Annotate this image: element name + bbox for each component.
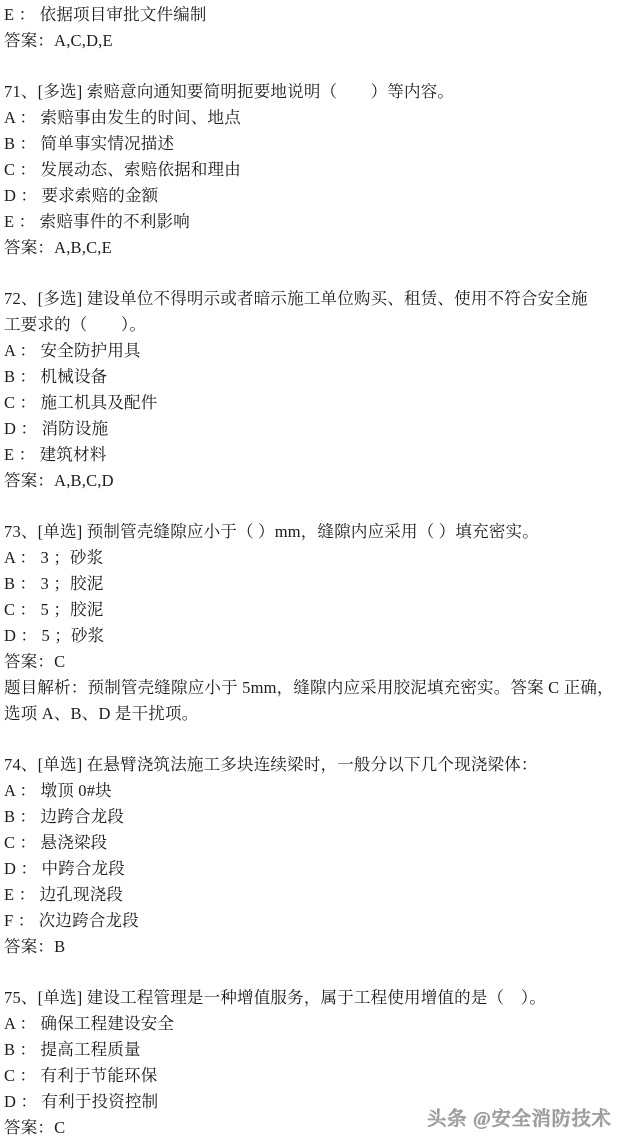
text-line: 工要求的（ ）。 <box>4 312 618 338</box>
text-line: A ： 安全防护用具 <box>4 338 618 364</box>
text-line: 答案：A,C,D,E <box>4 28 618 54</box>
text-line: 答案：A,B,C,D <box>4 468 618 494</box>
text-line: C ： 发展动态、索赔依据和理由 <box>4 157 618 183</box>
text-line: D ： 消防设施 <box>4 416 618 442</box>
toutiao-watermark: 头条 @安全消防技术 <box>428 1104 612 1131</box>
text-line: C ： 有利于节能环保 <box>4 1063 618 1089</box>
text-line: B ： 提高工程质量 <box>4 1037 618 1063</box>
text-line: A ： 3 ；砂浆 <box>4 545 618 571</box>
text-line: E ： 索赔事件的不利影响 <box>4 209 618 235</box>
text-line: 答案：B <box>4 934 618 960</box>
text-line: A ： 墩顶 0#块 <box>4 778 618 804</box>
exam-document-page: E ： 依据项目审批文件编制答案：A,C,D,E71、[多选] 索赔意向通知要简… <box>0 0 618 1136</box>
text-line: D ： 5 ；砂浆 <box>4 623 618 649</box>
text-line: D ： 要求索赔的金额 <box>4 183 618 209</box>
text-line: 答案：C <box>4 649 618 675</box>
text-line: 答案：A,B,C,E <box>4 235 618 261</box>
text-line: A ： 索赔事由发生的时间、地点 <box>4 105 618 131</box>
text-line: 75、[单选] 建设工程管理是一种增值服务，属于工程使用增值的是（ ）。 <box>4 985 618 1011</box>
text-line: B ： 边跨合龙段 <box>4 804 618 830</box>
question-70-tail: E ： 依据项目审批文件编制答案：A,C,D,E <box>4 2 618 54</box>
question-73: 73、[单选] 预制管壳缝隙应小于（ ）mm，缝隙内应采用（ ）填充密实。A ：… <box>4 519 618 727</box>
text-line: F ： 次边跨合龙段 <box>4 908 618 934</box>
question-72: 72、[多选] 建设单位不得明示或者暗示施工单位购买、租赁、使用不符合安全施工要… <box>4 286 618 494</box>
question-list: E ： 依据项目审批文件编制答案：A,C,D,E71、[多选] 索赔意向通知要简… <box>4 2 618 1136</box>
text-line: D ： 中跨合龙段 <box>4 856 618 882</box>
text-line: 73、[单选] 预制管壳缝隙应小于（ ）mm，缝隙内应采用（ ）填充密实。 <box>4 519 618 545</box>
text-line: 72、[多选] 建设单位不得明示或者暗示施工单位购买、租赁、使用不符合安全施 <box>4 286 618 312</box>
text-line: B ： 简单事实情况描述 <box>4 131 618 157</box>
text-line: 选项 A、B、D 是干扰项。 <box>4 701 618 727</box>
text-line: B ： 3 ；胶泥 <box>4 571 618 597</box>
question-71: 71、[多选] 索赔意向通知要简明扼要地说明（ ）等内容。A ： 索赔事由发生的… <box>4 79 618 261</box>
text-line: E ： 边孔现浇段 <box>4 882 618 908</box>
text-line: E ： 依据项目审批文件编制 <box>4 2 618 28</box>
text-line: 题目解析：预制管壳缝隙应小于 5mm，缝隙内应采用胶泥填充密实。答案 C 正确， <box>4 675 618 701</box>
text-line: 71、[多选] 索赔意向通知要简明扼要地说明（ ）等内容。 <box>4 79 618 105</box>
text-line: E ： 建筑材料 <box>4 442 618 468</box>
text-line: 74、[单选] 在悬臂浇筑法施工多块连续梁时，一般分以下几个现浇梁体： <box>4 752 618 778</box>
text-line: B ： 机械设备 <box>4 364 618 390</box>
text-line: C ： 悬浇梁段 <box>4 830 618 856</box>
question-74: 74、[单选] 在悬臂浇筑法施工多块连续梁时，一般分以下几个现浇梁体：A ： 墩… <box>4 752 618 960</box>
text-line: C ： 施工机具及配件 <box>4 390 618 416</box>
text-line: A ： 确保工程建设安全 <box>4 1011 618 1037</box>
text-line: C ： 5 ；胶泥 <box>4 597 618 623</box>
